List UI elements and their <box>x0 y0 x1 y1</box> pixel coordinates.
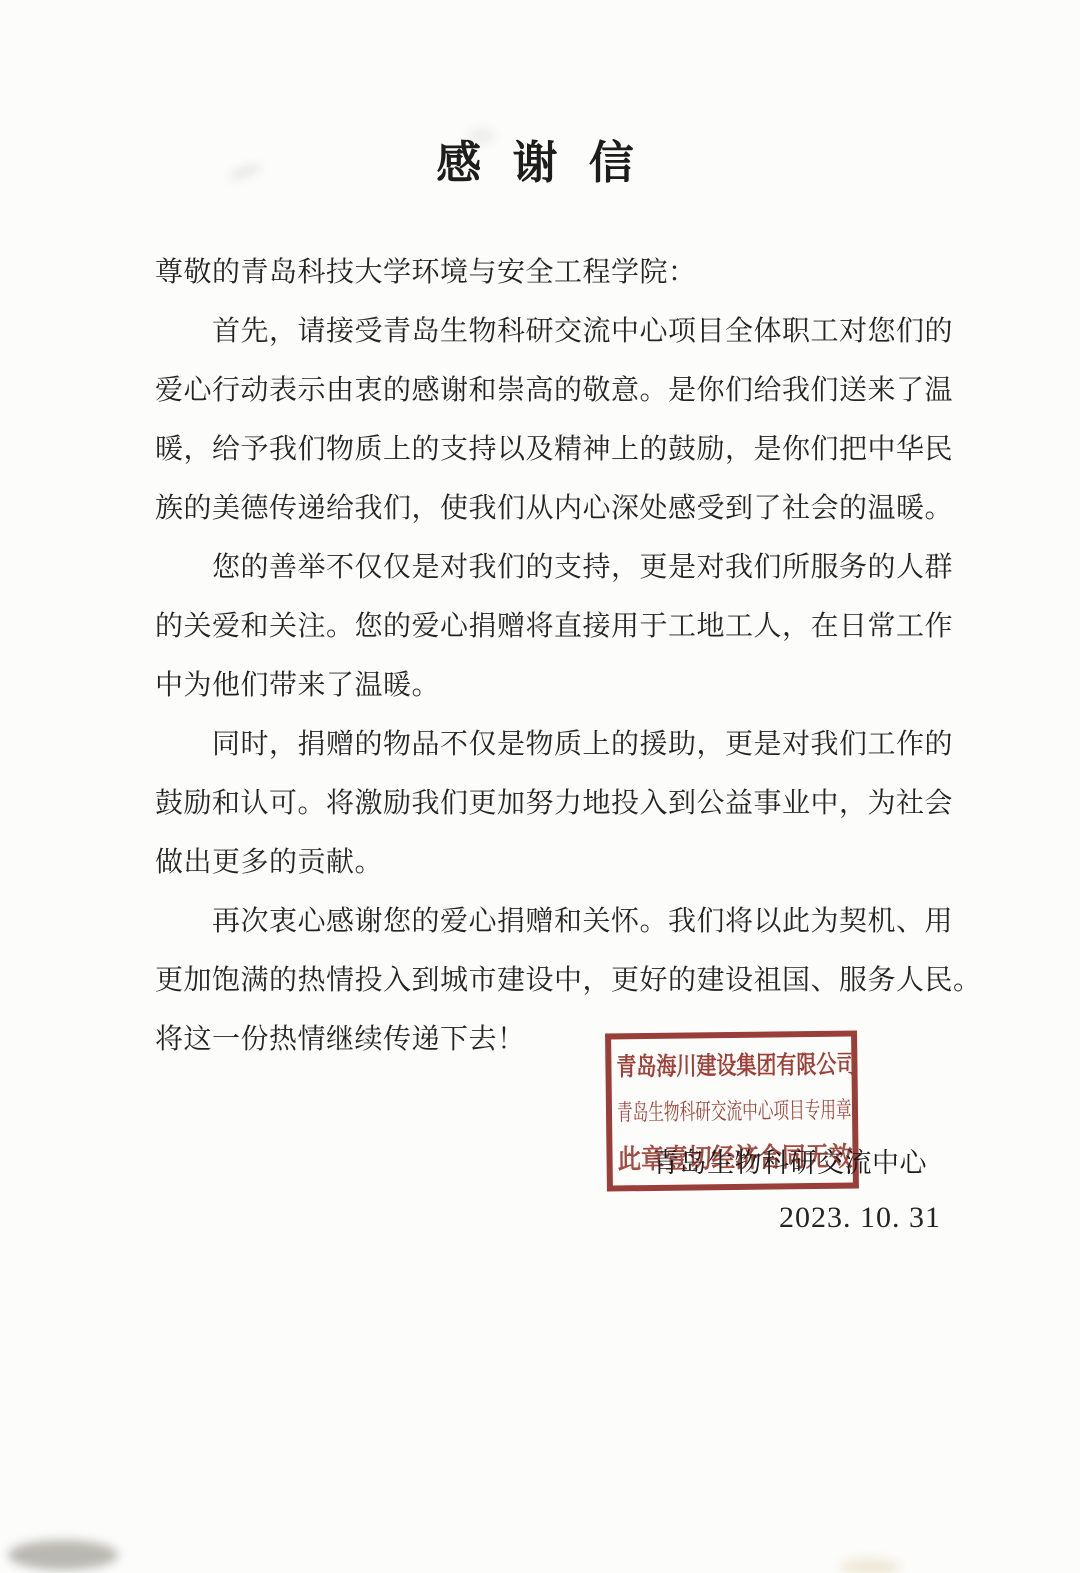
stamp-company-name: 青岛海川建设集团有限公司 <box>616 1044 856 1083</box>
body-line: 您的善举不仅仅是对我们的支持，更是对我们所服务的人群 <box>155 538 945 597</box>
scan-smudge <box>840 1558 900 1573</box>
body-line: 再次衷心感谢您的爱心捐赠和关怀。我们将以此为契机、用 <box>155 892 945 951</box>
body-line: 做出更多的贡献。 <box>155 833 945 892</box>
body-line: 同时，捐赠的物品不仅是物质上的援助，更是对我们工作的 <box>155 715 945 774</box>
signature: 青岛生物科研交流中心 <box>652 1141 927 1180</box>
body-line: 中为他们带来了温暖。 <box>155 656 945 715</box>
body-line: 族的美德传递给我们，使我们从内心深处感受到了社会的温暖。 <box>155 479 945 538</box>
letter-body: 尊敬的青岛科技大学环境与安全工程学院： 首先，请接受青岛生物科研交流中心项目全体… <box>155 243 945 1069</box>
scan-smudge <box>8 1540 118 1570</box>
body-line: 鼓励和认可。将激励我们更加努力地投入到公益事业中，为社会 <box>155 774 945 833</box>
body-line: 首先，请接受青岛生物科研交流中心项目全体职工对您们的 <box>155 302 945 361</box>
letter-page: 感 谢 信 尊敬的青岛科技大学环境与安全工程学院： 首先，请接受青岛生物科研交流… <box>0 0 1080 1573</box>
salutation: 尊敬的青岛科技大学环境与安全工程学院： <box>155 243 945 302</box>
body-line: 暖，给予我们物质上的支持以及精神上的鼓励，是你们把中华民 <box>155 420 945 479</box>
letter-title: 感 谢 信 <box>0 126 1080 191</box>
body-line: 更加饱满的热情投入到城市建设中，更好的建设祖国、服务人民。 <box>155 951 945 1010</box>
body-line: 的关爱和关注。您的爱心捐赠将直接用于工地工人，在日常工作 <box>155 597 945 656</box>
stamp-project-name: 青岛生物科研交流中心项目专用章 <box>617 1092 852 1128</box>
letter-date: 2023. 10. 31 <box>779 1201 941 1235</box>
body-line: 爱心行动表示由衷的感谢和崇高的敬意。是你们给我们送来了温 <box>155 361 945 420</box>
